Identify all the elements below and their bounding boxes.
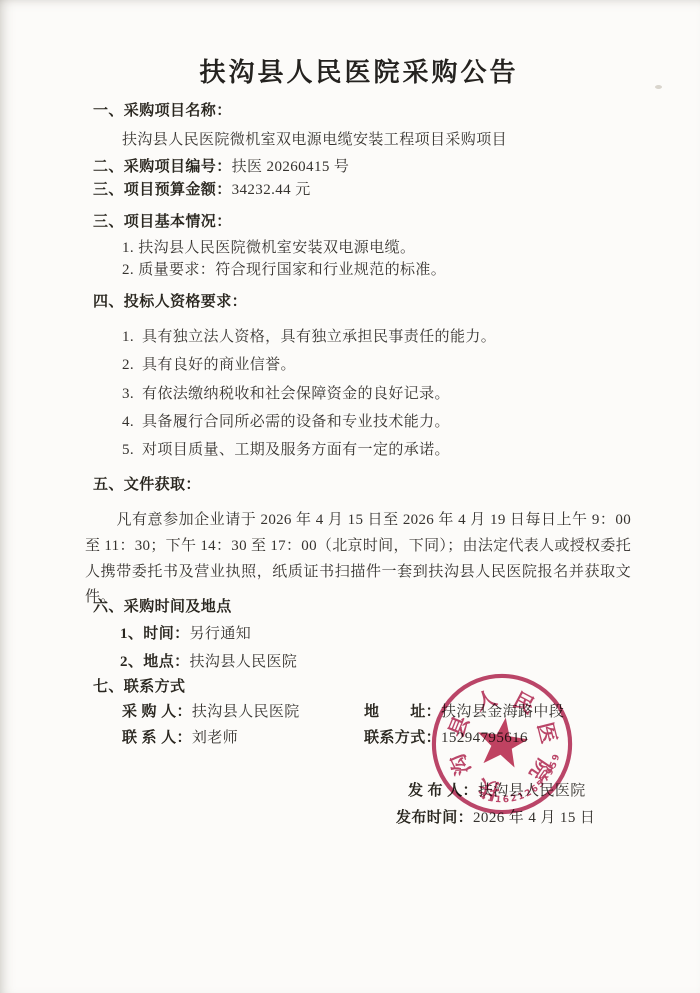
- publisher-value: 扶沟县人民医院: [478, 783, 586, 799]
- phone-line: 联系方式：15294795616: [364, 726, 528, 747]
- document-page: 扶沟县人民医院采购公告 一、采购项目名称： 扶沟县人民医院微机室双电源电缆安装工…: [0, 0, 700, 993]
- budget-amount: 34232.44 元: [232, 182, 311, 198]
- place-line: 2、地点：扶沟县人民医院: [120, 650, 297, 671]
- section3a-label: 三、项目预算金额：: [93, 182, 232, 198]
- qualification-item: 5. 对项目质量、工期及服务方面有一定的承诺。: [122, 438, 450, 459]
- seal-code-digit: 9: [545, 767, 557, 777]
- publisher-label: 发 布 人：: [408, 783, 478, 799]
- contact-person-value: 刘老师: [192, 730, 238, 746]
- place-label: 2、地点：: [120, 654, 190, 670]
- project-number: 扶医 20260415 号: [232, 159, 350, 175]
- time-value: 另行通知: [190, 626, 252, 642]
- qualification-item: 3. 有依法缴纳税收和社会保障资金的良好记录。: [122, 382, 450, 403]
- time-line: 1、时间：另行通知: [120, 622, 251, 643]
- section1-heading: 一、采购项目名称：: [93, 99, 232, 120]
- address-label: 地 址：: [364, 704, 441, 720]
- section2-label: 二、采购项目编号：: [93, 159, 232, 175]
- buyer-line: 采 购 人：扶沟县人民医院: [122, 700, 300, 721]
- seal-code-digit: 9: [551, 753, 562, 761]
- section1-body: 扶沟县人民医院微机室双电源电缆安装工程项目采购项目: [122, 128, 507, 149]
- section3b-item-2: 2. 质量要求：符合现行国家和行业规范的标准。: [122, 258, 446, 279]
- publish-time-label: 发布时间：: [396, 810, 473, 826]
- buyer-label: 采 购 人：: [122, 704, 192, 720]
- section4-heading: 四、投标人资格要求：: [93, 290, 247, 311]
- section3a-line: 三、项目预算金额：34232.44 元: [93, 178, 311, 199]
- section3b-heading: 三、项目基本情况：: [93, 210, 232, 231]
- publish-time-line: 发布时间：2026 年 4 月 15 日: [396, 806, 595, 827]
- seal-ring-char: 医: [533, 720, 560, 746]
- address-value: 扶沟县金海路中段: [441, 704, 564, 720]
- buyer-value: 扶沟县人民医院: [192, 704, 300, 720]
- page-title: 扶沟县人民医院采购公告: [0, 52, 700, 89]
- publisher-line: 发 布 人：扶沟县人民医院: [408, 779, 586, 800]
- section6-heading: 六、采购时间及地点: [93, 595, 232, 616]
- phone-label: 联系方式：: [364, 730, 441, 746]
- contact-person-label: 联 系 人：: [122, 730, 192, 746]
- phone-value: 15294795616: [441, 730, 528, 746]
- place-value: 扶沟县人民医院: [190, 654, 298, 670]
- seal-code-digit: 5: [548, 760, 560, 769]
- qualification-item: 1. 具有独立法人资格，具有独立承担民事责任的能力。: [122, 325, 496, 346]
- seal-ring-char: 沟: [445, 750, 476, 779]
- contact-person-line: 联 系 人：刘老师: [122, 726, 238, 747]
- section7-heading: 七、联系方式: [93, 675, 185, 696]
- address-line: 地 址：扶沟县金海路中段: [364, 700, 564, 721]
- publish-time-value: 2026 年 4 月 15 日: [473, 810, 595, 826]
- qualification-item: 2. 具有良好的商业信誉。: [122, 353, 296, 374]
- qualification-item: 4. 具备履行合同所必需的设备和专业技术能力。: [122, 410, 450, 431]
- scan-artifact: [655, 85, 662, 89]
- section5-heading: 五、文件获取：: [93, 473, 201, 494]
- time-label: 1、时间：: [120, 626, 190, 642]
- section3b-item-1: 1. 扶沟县人民医院微机室安装双电源电缆。: [122, 236, 415, 257]
- section2-line: 二、采购项目编号：扶医 20260415 号: [93, 155, 349, 176]
